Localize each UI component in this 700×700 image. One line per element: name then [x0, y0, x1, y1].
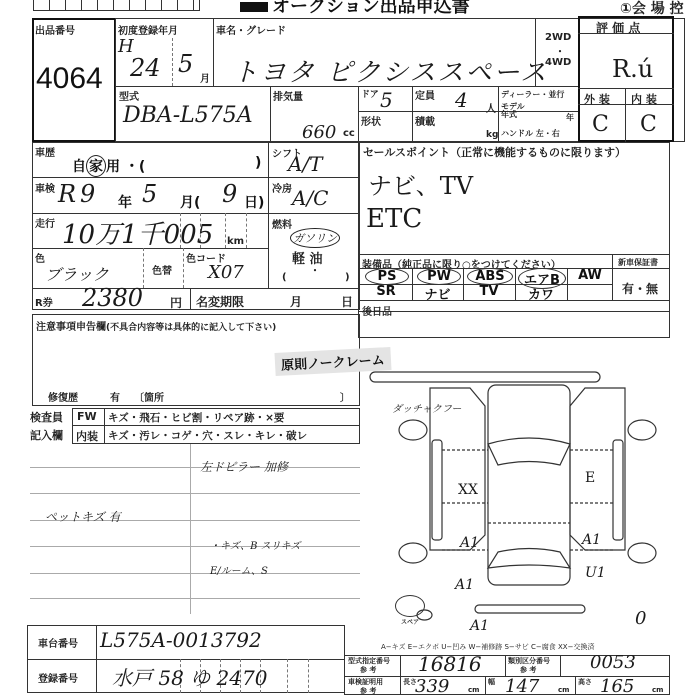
- color-value: ブラック: [45, 262, 109, 285]
- category-value: 0053: [590, 652, 636, 673]
- first-reg-year: 24: [130, 54, 161, 82]
- first-reg-label: 初度登録年月: [118, 22, 178, 37]
- type-designation-value: 16816: [418, 652, 482, 676]
- fw-items: キズ・飛石・ヒビ割・リペア跡・×要: [108, 410, 284, 425]
- load-label: 積載: [415, 113, 435, 128]
- header-grid-boxes: [33, 0, 200, 11]
- shift-value: A/T: [288, 152, 323, 176]
- inspection-year-unit: 年: [118, 192, 132, 212]
- width-unit: cm: [558, 686, 569, 694]
- history-value: 自家用 ・(: [72, 155, 145, 177]
- color-code: X07: [208, 262, 244, 283]
- inspection-era: R: [58, 180, 76, 208]
- mark-xx: XX: [458, 482, 478, 498]
- plate-label: 登録番号: [38, 670, 78, 685]
- name-change-month: 月: [290, 293, 302, 310]
- equip-abs: ABS: [467, 268, 513, 285]
- fuel-paren-close: ): [345, 272, 350, 283]
- exterior-label: 外 装: [584, 91, 610, 107]
- inspection-month: 5: [142, 180, 157, 208]
- inspection-day: 9: [222, 180, 237, 208]
- repair-label: 修復歴: [48, 389, 78, 404]
- mileage-unit: km: [227, 236, 244, 247]
- month-unit: 月: [200, 70, 210, 85]
- recycle-label: R券: [35, 294, 53, 309]
- type-designation-sub: 参 考: [360, 665, 376, 675]
- mark-a1-left-rear: A1: [460, 535, 479, 551]
- history-circled: 家: [86, 155, 106, 177]
- sales-points-line2: ETC: [366, 204, 422, 234]
- inspection-month-unit: 月(: [180, 192, 200, 212]
- exterior-grade: C: [592, 112, 609, 137]
- fw-label: FW: [77, 410, 97, 423]
- dealer-label: ディーラー・並行: [501, 89, 564, 100]
- spare-tire-icon: [395, 595, 425, 617]
- repaint-label: 色替: [152, 262, 172, 277]
- category-sub: 参 考: [520, 665, 536, 675]
- aircon-value: A/C: [292, 186, 328, 210]
- equip-aw: AW: [570, 268, 610, 283]
- fuel-label: 燃料: [272, 216, 292, 231]
- aircon-label: 冷房: [272, 180, 292, 195]
- interior-grade: C: [640, 112, 657, 137]
- model-label: 型式: [119, 88, 139, 103]
- inspector-label1: 検査員: [30, 409, 63, 425]
- first-reg-month: 5: [178, 50, 193, 78]
- mileage-value: 10万1千005: [62, 214, 213, 251]
- displacement-unit: cc: [343, 128, 355, 139]
- fuel-gasoline: ガソリン: [290, 228, 340, 248]
- inspection-day-unit: 日): [244, 192, 264, 212]
- score-value: R.ú: [612, 55, 653, 83]
- repair-close: 〕: [340, 389, 350, 404]
- mark-a1-left-quarter: A1: [455, 577, 474, 593]
- drive-dot: ・: [555, 43, 565, 58]
- memo-right2: ・キズ、B スリキズ: [210, 537, 300, 552]
- warranty-label: 新車保証書: [618, 257, 658, 268]
- height-value: 165: [600, 676, 634, 697]
- mark-a1-bumper: A1: [470, 618, 489, 634]
- memo-left: ペットキズ 有: [45, 508, 121, 525]
- capacity-unit: 人: [486, 100, 496, 115]
- sales-points-label: セールスポイント（正常に機能するものに限ります）: [363, 144, 626, 160]
- color-label: 色: [35, 250, 45, 265]
- equip-sr: SR: [360, 284, 412, 299]
- lot-number: 4064: [36, 62, 103, 96]
- length-unit: cm: [468, 686, 479, 694]
- history-label: 車歴: [35, 144, 55, 159]
- model-year-label: モデル年式: [501, 103, 531, 119]
- notes-label: 注意事項申告欄(不具合内容等は具体的に記入して下さい): [36, 318, 276, 333]
- car-name-label: 車名・グレード: [216, 22, 286, 37]
- mileage-label: 走行: [35, 215, 55, 230]
- height-label: 高さ: [578, 677, 592, 687]
- fuel-paren-open: (: [282, 272, 287, 283]
- length-value: 339: [415, 676, 449, 697]
- repair-value: 有: [110, 389, 120, 404]
- handle-label: ハンドル 左・右: [501, 128, 560, 139]
- name-change-label: 名変期限: [196, 293, 244, 310]
- recycle-unit: 円: [170, 294, 182, 311]
- interior-label: 内 装: [631, 91, 657, 107]
- lot-label: 出品番号: [35, 22, 75, 37]
- model-value: DBA-L575A: [123, 103, 253, 128]
- width-label: 幅: [488, 677, 495, 687]
- mark-e: E: [585, 470, 595, 486]
- displacement-label: 排気量: [273, 88, 303, 103]
- width-value: 147: [505, 676, 539, 697]
- diagram-front-note: ダッチャクフー: [392, 400, 461, 415]
- drive-4wd: 4WD: [545, 57, 571, 68]
- chassis-value: L575A-0013792: [100, 628, 262, 652]
- equip-tv: TV: [463, 284, 515, 299]
- cert-sub: 参 考: [360, 686, 376, 696]
- doors-value: 5: [380, 88, 393, 112]
- car-damage-diagram: [360, 340, 690, 630]
- name-change-day: 日: [341, 293, 353, 310]
- mark-u1: U1: [585, 565, 606, 581]
- drive-2wd: 2WD: [545, 32, 571, 43]
- displacement-value: 660: [302, 122, 336, 143]
- spare-label: スペア: [401, 617, 419, 626]
- warranty-value: 有・無: [622, 280, 658, 297]
- capacity-label: 定員: [415, 87, 435, 102]
- inspection-year: 9: [80, 180, 95, 208]
- mark-a1-right-rear: A1: [582, 532, 601, 548]
- memo-right3: E/ルーム、S: [210, 562, 268, 577]
- form-title: オークション出品申込書: [240, 0, 470, 18]
- inspection-label: 車検: [35, 180, 55, 195]
- load-unit: kg: [486, 130, 498, 140]
- recycle-value: 2380: [82, 284, 143, 312]
- capacity-value: 4: [455, 88, 468, 112]
- shape-label: 形状: [361, 113, 381, 128]
- interior-items: キズ・汚レ・コゲ・穴・スレ・キレ・破レ: [108, 428, 307, 443]
- height-unit: cm: [652, 686, 663, 694]
- diagram-circle-mark: 0: [635, 608, 646, 629]
- interior-items-label: 内装: [76, 428, 98, 444]
- car-name-value: トヨタ ピクシススペース: [232, 52, 548, 89]
- history-close: ): [255, 155, 261, 171]
- inspector-label2: 記入欄: [30, 427, 63, 443]
- fuel-dot: ・: [310, 262, 320, 277]
- chassis-label: 車台番号: [38, 635, 78, 650]
- equip-pw: PW: [417, 268, 461, 285]
- memo-right1: 左ドピラー 加修: [200, 458, 288, 475]
- model-year-unit: 年: [566, 112, 574, 123]
- plate-value: 水戸 58 ゆ 2470: [112, 662, 267, 691]
- damage-legend: A−キズ E−エクボ U−凹み W−補修跡 S−サビ C−腐食 XX−交換済: [381, 642, 594, 652]
- equip-ps: PS: [365, 268, 409, 285]
- repair-place: 〔箇所: [134, 389, 164, 404]
- sales-points-line1: ナビ、TV: [368, 166, 473, 201]
- doors-label: ドア: [361, 87, 379, 100]
